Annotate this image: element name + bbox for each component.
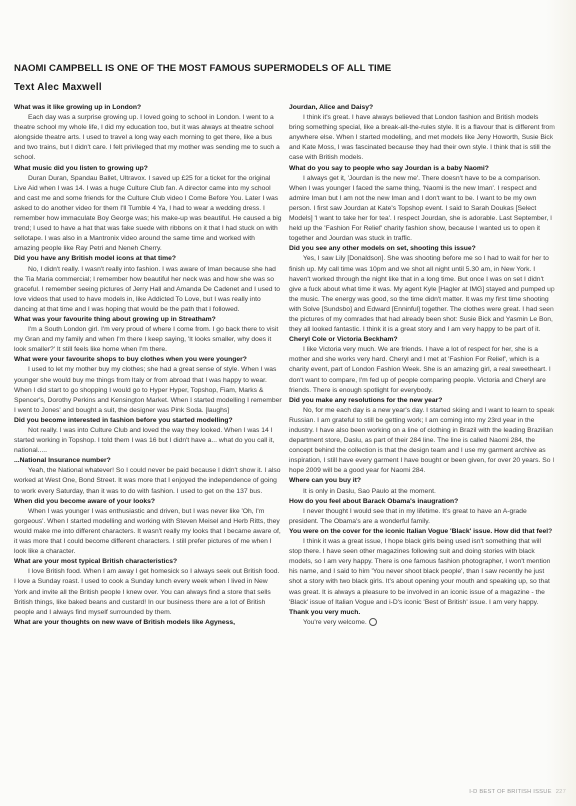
interview-answer: It is only in Daslu, Sao Paulo at the mo…	[289, 487, 555, 497]
interview-answer: I used to let my mother buy my clothes; …	[14, 365, 282, 415]
question-text: Where can you buy it?	[289, 477, 361, 484]
interview-question: What are your thoughts on new wave of Br…	[14, 618, 282, 628]
question-text: What are your most typical British chara…	[14, 558, 177, 565]
end-mark-icon	[369, 618, 377, 626]
answer-text: Duran Duran, Spandau Ballet, Ultravox. I…	[14, 175, 282, 253]
question-text: You were on the cover for the iconic Ita…	[289, 528, 552, 535]
interview-answer: Duran Duran, Spandau Ballet, Ultravox. I…	[14, 174, 282, 255]
interview-question: You were on the cover for the iconic Ita…	[289, 527, 555, 537]
interview-question: What music did you listen to growing up?	[14, 164, 282, 174]
interview-question: How do you feel about Barack Obama's ina…	[289, 497, 555, 507]
interview-answer: I always get it, 'Jourdan is the new me'…	[289, 174, 555, 245]
interview-answer: Yes, I saw Lily [Donaldson]. She was sho…	[289, 254, 555, 335]
interview-question: Jourdan, Alice and Daisy?	[289, 103, 555, 113]
interview-answer: When I was younger I was enthusiastic an…	[14, 507, 282, 557]
answer-text: Yeah, the National whatever! So I could …	[14, 467, 280, 494]
interview-question: ...National Insurance number?	[14, 456, 282, 466]
interview-answer: I'm a South London girl. I'm very proud …	[14, 325, 282, 355]
question-text: What was it like growing up in London?	[14, 104, 141, 111]
interview-answer: Yeah, the National whatever! So I could …	[14, 466, 282, 496]
question-text: Did you see any other models on set, sho…	[289, 245, 476, 252]
interview-answer: I love British food. When I am away I ge…	[14, 567, 282, 617]
interview-question: Thank you very much.	[289, 608, 555, 618]
question-text: What music did you listen to growing up?	[14, 165, 148, 172]
interview-question: What was it like growing up in London?	[14, 103, 282, 113]
question-text: ...National Insurance number?	[14, 457, 111, 464]
interview-question: Cheryl Cole or Victoria Beckham?	[289, 335, 555, 345]
interview-answer: No, for me each day is a new year's day.…	[289, 406, 555, 477]
answer-text: Each day was a surprise growing up. I lo…	[14, 114, 280, 161]
left-column: What was it like growing up in London?Ea…	[14, 103, 282, 628]
answer-text: When I was younger I was enthusiastic an…	[14, 508, 281, 555]
answer-text: No, for me each day is a new year's day.…	[289, 407, 554, 475]
interview-answer: I think it's great. I have always believ…	[289, 113, 555, 163]
interview-question: What was your favourite thing about grow…	[14, 315, 282, 325]
answer-text: I'm a South London girl. I'm very proud …	[14, 326, 278, 353]
interview-question: Did you have any British model icons at …	[14, 254, 282, 264]
interview-question: What are your most typical British chara…	[14, 557, 282, 567]
question-text: What was your favourite thing about grow…	[14, 316, 216, 323]
interview-answer: No, I didn't really. I wasn't really int…	[14, 265, 282, 315]
answer-text: I used to let my mother buy my clothes; …	[14, 366, 282, 413]
question-text: Thank you very much.	[289, 609, 360, 616]
answer-text: I like Victoria very much. We are friend…	[289, 346, 551, 393]
right-column: Jourdan, Alice and Daisy?I think it's gr…	[289, 103, 555, 628]
answer-text: No, I didn't really. I wasn't really int…	[14, 266, 280, 313]
question-text: Did you become interested in fashion bef…	[14, 417, 233, 424]
interview-answer: I like Victoria very much. We are friend…	[289, 345, 555, 395]
answer-text: I always get it, 'Jourdan is the new me'…	[289, 175, 552, 243]
interview-question: Where can you buy it?	[289, 476, 555, 486]
answer-text: I think it was a great issue, I hope bla…	[289, 538, 550, 606]
answer-text: Not really. I was into Culture Club and …	[14, 427, 274, 454]
answer-text: I never thought I would see that in my l…	[289, 508, 527, 525]
question-text: Did you make any resolutions for the new…	[289, 397, 442, 404]
question-text: What were your favourite shops to buy cl…	[14, 356, 247, 363]
interview-answer: Not really. I was into Culture Club and …	[14, 426, 282, 456]
magazine-page: NAOMI CAMPBELL IS ONE OF THE MOST FAMOUS…	[0, 0, 576, 806]
page-edge-shadow	[546, 0, 576, 806]
question-text: How do you feel about Barack Obama's ina…	[289, 498, 458, 505]
article-byline: Text Alec Maxwell	[14, 82, 102, 93]
question-text: Jourdan, Alice and Daisy?	[289, 104, 373, 111]
interview-answer: I never thought I would see that in my l…	[289, 507, 555, 527]
interview-question: Did you become interested in fashion bef…	[14, 416, 282, 426]
question-text: What are your thoughts on new wave of Br…	[14, 619, 235, 626]
answer-text: Yes, I saw Lily [Donaldson]. She was sho…	[289, 255, 555, 333]
interview-question: What do you say to people who say Jourda…	[289, 164, 555, 174]
interview-question: Did you see any other models on set, sho…	[289, 244, 555, 254]
interview-question: Did you make any resolutions for the new…	[289, 396, 555, 406]
answer-text: It is only in Daslu, Sao Paulo at the mo…	[303, 488, 436, 495]
question-text: Did you have any British model icons at …	[14, 255, 176, 262]
answer-text: You're very welcome.	[303, 619, 367, 626]
question-text: What do you say to people who say Jourda…	[289, 165, 489, 172]
interview-question: When did you become aware of your looks?	[14, 497, 282, 507]
article-headline: NAOMI CAMPBELL IS ONE OF THE MOST FAMOUS…	[14, 63, 391, 74]
interview-answer: I think it was a great issue, I hope bla…	[289, 537, 555, 608]
interview-answer: You're very welcome.	[289, 618, 555, 628]
interview-question: What were your favourite shops to buy cl…	[14, 355, 282, 365]
question-text: When did you become aware of your looks?	[14, 498, 155, 505]
answer-text: I love British food. When I am away I ge…	[14, 568, 279, 615]
footer-issue-label: I-D BEST OF BRITISH ISSUE	[469, 789, 552, 795]
interview-answer: Each day was a surprise growing up. I lo…	[14, 113, 282, 163]
answer-text: I think it's great. I have always believ…	[289, 114, 555, 161]
question-text: Cheryl Cole or Victoria Beckham?	[289, 336, 398, 343]
